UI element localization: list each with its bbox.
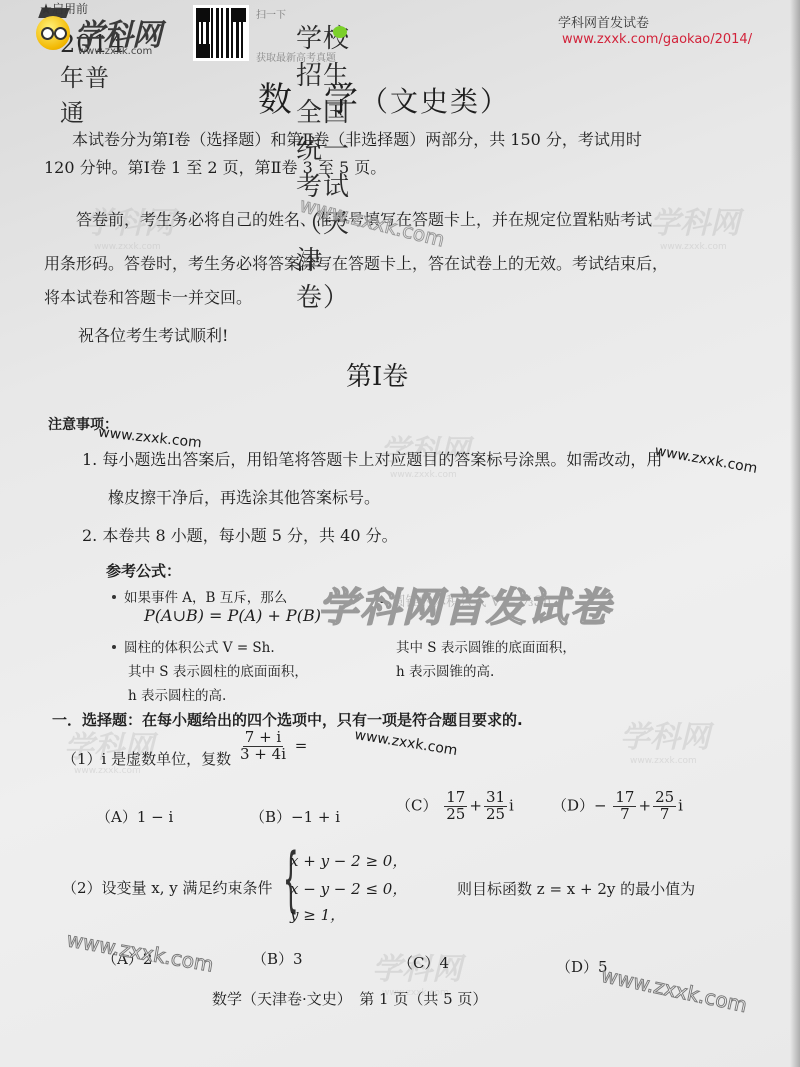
question-2-option-c: （C）4 — [398, 952, 449, 973]
subject-char-1: 数 — [258, 80, 294, 120]
intro-line-1: 本试卷分为第Ⅰ卷（选择题）和第Ⅱ卷（非选择题）两部分，共 150 分，考试用时 — [72, 132, 642, 148]
secret-tag: ★启用前 — [40, 0, 88, 17]
qr-code-icon[interactable] — [193, 5, 249, 61]
notice-item-1: 1. 每小题选出答案后，用铅笔将答题卡上对应题目的答案标号涂黑。如需改动，用 — [82, 452, 662, 468]
url-watermark: www.zxxk.com — [97, 425, 202, 452]
exam-page: 2014年普通 学校招生全国统一考试（天津卷） 学科网 www.zxxk.com… — [0, 0, 800, 1067]
logo-url: www.zxxk.com — [78, 46, 152, 57]
constraint-2: x − y − 2 ≤ 0， — [290, 878, 407, 899]
volume-title: 第Ⅰ卷 — [346, 356, 408, 393]
reference-left-2: 圆柱的体积公式 V = Sh. — [112, 636, 275, 656]
subject-char-2: 学 — [324, 80, 360, 120]
reference-probability-formula: P(A∪B) = P(A) + P(B) — [144, 606, 321, 625]
wechat-icon — [333, 26, 347, 38]
reference-left-2a: 其中 S 表示圆柱的底面面积， — [128, 660, 308, 680]
qr-scan-label: 扫一下 — [256, 6, 286, 21]
subject-title: 数学（文史类） — [258, 72, 510, 121]
first-release-badge: 学科网首发试卷 — [558, 12, 649, 31]
intro-line-5: 将本试卷和答题卡一并交回。 — [44, 290, 252, 306]
question-1-option-c: （C） 1725+3125i — [396, 790, 514, 823]
question-2-option-b: （B）3 — [252, 948, 303, 969]
reference-heading: 参考公式： — [106, 560, 181, 581]
question-1-stem: （1）i 是虚数单位，复数 — [62, 748, 231, 769]
qr-sub-label: 获取最新高考真题 — [256, 49, 336, 64]
reference-right-1b: h 表示圆锥的高. — [396, 660, 494, 680]
mascot-icon — [36, 16, 70, 50]
question-2-option-d: （D）5 — [556, 956, 608, 977]
question-2-stem: （2）设变量 x, y 满足约束条件 — [62, 877, 273, 898]
url-watermark: www.zxxk.com — [353, 727, 458, 759]
section-heading: 一．选择题：在每小题给出的四个选项中，只有一项是符合题目要求的. — [52, 709, 523, 730]
watermark-logo: 学科网www.zxxk.com — [620, 712, 710, 766]
reference-left-1: 如果事件 A，B 互斥，那么 — [112, 586, 287, 606]
question-1-option-a: （A）1 − i — [96, 806, 173, 827]
reference-left-2b: h 表示圆柱的高. — [128, 684, 226, 704]
good-luck-line: 祝各位考生考试顺利! — [78, 328, 228, 344]
zxxk-gaokao-link[interactable]: www.zxxk.com/gaokao/2014/ — [562, 32, 752, 47]
intro-line-2: 120 分钟。第Ⅰ卷 1 至 2 页，第Ⅱ卷 3 至 5 页。 — [44, 160, 386, 176]
url-watermark: www.zxxk.com — [653, 443, 758, 477]
watermark-logo: 学科网www.zxxk.com — [650, 198, 740, 252]
intro-line-4: 用条形码。答卷时，考生务必将答案涂写在答题卡上，答在试卷上的无效。考试结束后， — [44, 256, 668, 272]
first-release-watermark: 学科网首发试卷 — [318, 576, 612, 633]
subject-category: （文史类） — [360, 85, 510, 118]
page-footer: 数学（天津卷·文史） 第 1 页（共 5 页） — [212, 988, 487, 1009]
reference-right-1a: 其中 S 表示圆锥的底面面积， — [396, 636, 576, 656]
bullet-icon — [112, 645, 116, 649]
constraint-3: y ≥ 1， — [290, 904, 345, 925]
url-watermark: www.zxxk.com — [599, 963, 749, 1017]
notice-item-1-cont: 橡皮擦干净后，再选涂其他答案标号。 — [108, 490, 380, 506]
question-1-option-d: （D）− 177+257i — [552, 790, 683, 823]
question-2-objective: 则目标函数 z = x + 2y 的最小值为 — [457, 878, 695, 899]
page-edge-shadow — [790, 0, 800, 1067]
question-1-fraction: 7 + i3 + 4i = — [236, 730, 307, 763]
constraint-1: x + y − 2 ≥ 0， — [290, 850, 407, 871]
question-1-option-b: （B）−1 + i — [250, 806, 340, 827]
url-watermark: www.zxxk.com — [65, 927, 215, 976]
notice-item-2: 2. 本卷共 8 小题，每小题 5 分，共 40 分。 — [82, 528, 398, 544]
bullet-icon — [112, 595, 116, 599]
